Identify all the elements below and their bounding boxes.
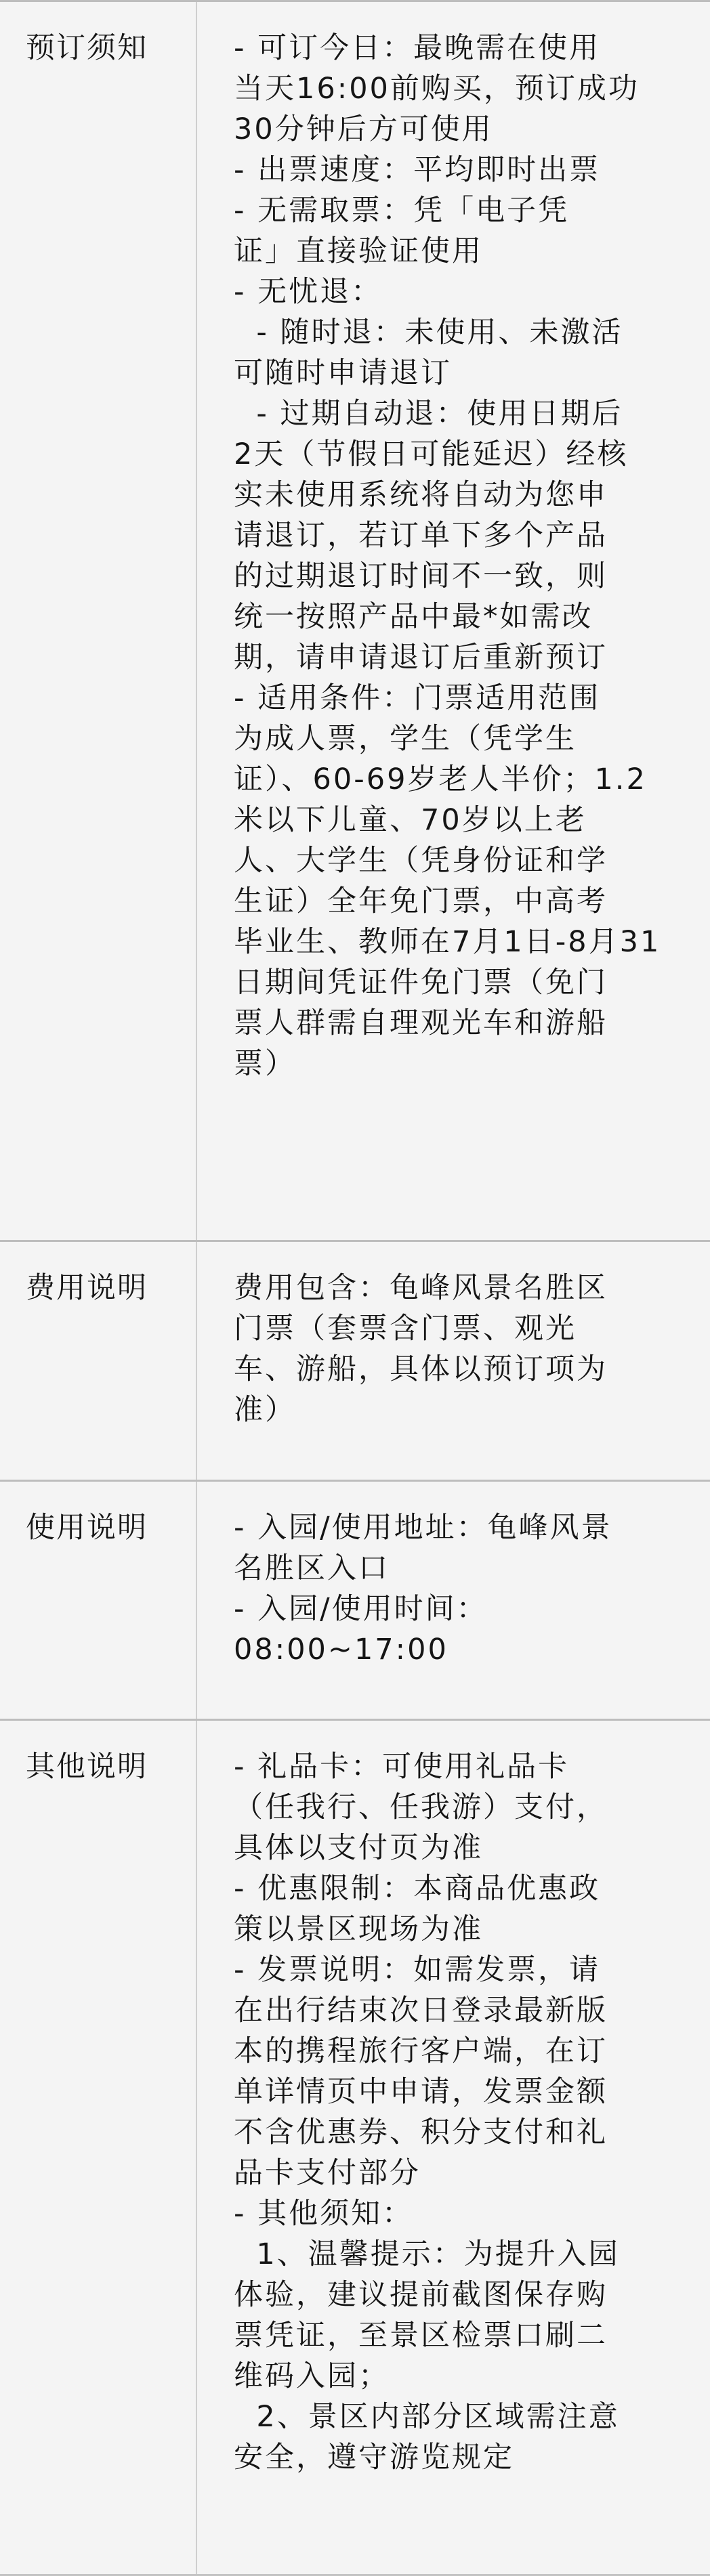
content-line: - 入园/使用时间：	[234, 1589, 683, 1629]
content-line: 策以景区现场为准	[234, 1909, 683, 1950]
section-label: 预订须知	[0, 2, 197, 1240]
section-fee-description: 费用说明 费用包含：龟峰风景名胜区门票（套票含门票、观光车、游船，具体以预订项为…	[0, 1242, 710, 1482]
content-line: 准）	[234, 1390, 683, 1430]
section-booking-notice: 预订须知 - 可订今日：最晚需在使用当天16:00前购买，预订成功30分钟后方可…	[0, 2, 710, 1242]
content-line: 费用包含：龟峰风景名胜区	[234, 1268, 683, 1308]
content-line: 当天16:00前购买，预订成功	[234, 68, 683, 109]
content-line: - 可订今日：最晚需在使用	[234, 28, 683, 68]
content-line: 体验，建议提前截图保存购	[234, 2275, 683, 2315]
content-line: 1、温馨提示：为提升入园	[234, 2234, 683, 2275]
section-content: - 可订今日：最晚需在使用当天16:00前购买，预订成功30分钟后方可使用- 出…	[197, 2, 710, 1240]
section-other-description: 其他说明 - 礼品卡：可使用礼品卡（任我行、任我游）支付，具体以支付页为准- 优…	[0, 1721, 710, 2576]
content-line: 票凭证，至景区检票口刷二	[234, 2315, 683, 2356]
content-line: 品卡支付部分	[234, 2153, 683, 2193]
content-line: 票）	[234, 1044, 683, 1084]
content-line: 证」直接验证使用	[234, 231, 683, 272]
content-line: 本的携程旅行客户端，在订	[234, 2031, 683, 2071]
booking-info-table: 预订须知 - 可订今日：最晚需在使用当天16:00前购买，预订成功30分钟后方可…	[0, 0, 710, 2576]
content-line: 维码入园；	[234, 2356, 683, 2397]
section-usage-description: 使用说明 - 入园/使用地址：龟峰风景名胜区入口- 入园/使用时间：08:00~…	[0, 1482, 710, 1721]
content-line: 可随时申请退订	[234, 353, 683, 393]
content-line: 请退订，若订单下多个产品	[234, 515, 683, 556]
content-line: 为成人票，学生（凭学生	[234, 718, 683, 759]
content-line: 门票（套票含门票、观光	[234, 1308, 683, 1349]
content-line: - 随时退：未使用、未激活	[234, 312, 683, 353]
content-line: 08:00~17:00	[234, 1629, 683, 1670]
content-line: - 入园/使用地址：龟峰风景	[234, 1507, 683, 1548]
content-line: - 其他须知：	[234, 2193, 683, 2234]
content-line: - 无需取票：凭「电子凭	[234, 190, 683, 231]
content-line: 具体以支付页为准	[234, 1828, 683, 1868]
content-line: 实未使用系统将自动为您申	[234, 475, 683, 515]
section-label: 其他说明	[0, 1721, 197, 2574]
content-line: - 无忧退：	[234, 272, 683, 312]
section-label: 费用说明	[0, 1242, 197, 1480]
content-line: 2天（节假日可能延迟）经核	[234, 434, 683, 475]
content-line: 统一按照产品中最*如需改	[234, 597, 683, 637]
content-line: 米以下儿童、70岁以上老	[234, 800, 683, 840]
content-line: - 出票速度：平均即时出票	[234, 150, 683, 190]
content-line: - 适用条件：门票适用范围	[234, 678, 683, 718]
content-line: 人、大学生（凭身份证和学	[234, 840, 683, 881]
section-content: - 礼品卡：可使用礼品卡（任我行、任我游）支付，具体以支付页为准- 优惠限制：本…	[197, 1721, 710, 2574]
content-line: （任我行、任我游）支付，	[234, 1787, 683, 1828]
content-line: - 发票说明：如需发票，请	[234, 1950, 683, 1990]
content-line: 在出行结束次日登录最新版	[234, 1990, 683, 2031]
section-content: - 入园/使用地址：龟峰风景名胜区入口- 入园/使用时间：08:00~17:00	[197, 1482, 710, 1719]
content-line: 证）、60-69岁老人半价；1.2	[234, 759, 683, 800]
content-line: 日期间凭证件免门票（免门	[234, 962, 683, 1003]
content-line: 的过期退订时间不一致，则	[234, 556, 683, 597]
content-line: - 过期自动退：使用日期后	[234, 393, 683, 434]
content-line: - 优惠限制：本商品优惠政	[234, 1868, 683, 1909]
content-line: 车、游船，具体以预订项为	[234, 1349, 683, 1390]
content-line: 毕业生、教师在7月1日-8月31	[234, 922, 683, 962]
content-line: 期，请申请退订后重新预订	[234, 637, 683, 678]
content-line: 票人群需自理观光车和游船	[234, 1003, 683, 1044]
content-line: - 礼品卡：可使用礼品卡	[234, 1746, 683, 1787]
section-content: 费用包含：龟峰风景名胜区门票（套票含门票、观光车、游船，具体以预订项为准）	[197, 1242, 710, 1480]
content-line: 名胜区入口	[234, 1548, 683, 1589]
content-line: 30分钟后方可使用	[234, 109, 683, 150]
content-line: 不含优惠券、积分支付和礼	[234, 2112, 683, 2153]
section-label: 使用说明	[0, 1482, 197, 1719]
content-line: 生证）全年免门票，中高考	[234, 881, 683, 922]
content-line: 单详情页中申请，发票金额	[234, 2071, 683, 2112]
content-line: 安全，遵守游览规定	[234, 2437, 683, 2478]
content-line: 2、景区内部分区域需注意	[234, 2397, 683, 2437]
